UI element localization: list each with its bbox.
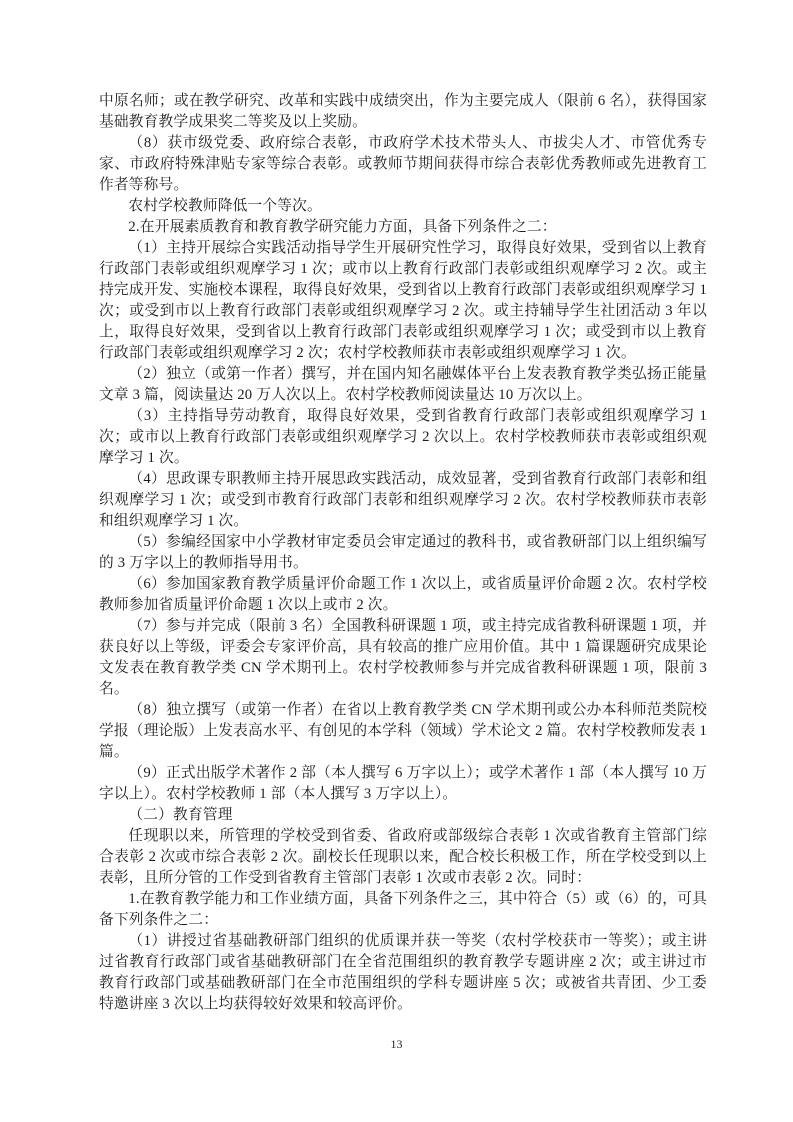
paragraph-item-1: （1）主持开展综合实践活动指导学生开展研究性学习，取得良好效果，受到省以上教育行… — [99, 238, 707, 364]
document-body: 中原名师；或在教学研究、改革和实践中成绩突出，作为主要完成人（限前 6 名），获… — [99, 91, 707, 1015]
paragraph-subsection-1-heading: 1.在教育教学能力和工作业绩方面，具备下列条件之三，其中符合（5）或（6）的，可… — [99, 889, 707, 931]
paragraph-item-6: （6）参加国家教育教学质量评价命题工作 1 次以上，或省质量评价命题 2 次。农… — [99, 574, 707, 616]
paragraph-section-heading-education-management: （二）教育管理 — [99, 805, 707, 826]
paragraph-rural-note: 农村学校教师降低一个等次。 — [99, 196, 707, 217]
paragraph-item-8: （8）获市级党委、政府综合表彰，市政府学术技术带头人、市拔尖人才、市管优秀专家、… — [99, 133, 707, 196]
paragraph-section-2-heading: 2.在开展素质教育和教育教学研究能力方面，具备下列条件之二： — [99, 217, 707, 238]
paragraph-item-4: （4）思政课专职教师主持开展思政实践活动，成效显著，受到省教育行政部门表彰和组织… — [99, 469, 707, 532]
paragraph-item-9: （9）正式出版学术著作 2 部（本人撰写 6 万字以上）；或学术著作 1 部（本… — [99, 763, 707, 805]
document-page: 中原名师；或在教学研究、改革和实践中成绩突出，作为主要完成人（限前 6 名），获… — [0, 0, 793, 1122]
paragraph-item-7: （7）参与并完成（限前 3 名）全国教科研课题 1 项，或主持完成省教科研课题 … — [99, 616, 707, 700]
paragraph-item-5: （5）参编经国家中小学教材审定委员会审定通过的教科书，或省教研部门以上组织编写的… — [99, 532, 707, 574]
paragraph-management-item-1: （1）讲授过省基础教研部门组织的优质课并获一等奖（农村学校获市一等奖）；或主讲过… — [99, 931, 707, 1015]
paragraph-item-3: （3）主持指导劳动教育，取得良好效果，受到省教育行政部门表彰或组织观摩学习 1 … — [99, 406, 707, 469]
paragraph-continuation: 中原名师；或在教学研究、改革和实践中成绩突出，作为主要完成人（限前 6 名），获… — [99, 91, 707, 133]
paragraph-management-requirements: 任现职以来，所管理的学校受到省委、省政府或部级综合表彰 1 次或省教育主管部门综… — [99, 826, 707, 889]
paragraph-item-8b: （8）独立撰写（或第一作者）在省以上教育教学类 CN 学术期刊或公办本科师范类院… — [99, 700, 707, 763]
page-number: 13 — [0, 1036, 793, 1052]
paragraph-item-2: （2）独立（或第一作者）撰写，并在国内知名融媒体平台上发表教育教学类弘扬正能量文… — [99, 364, 707, 406]
